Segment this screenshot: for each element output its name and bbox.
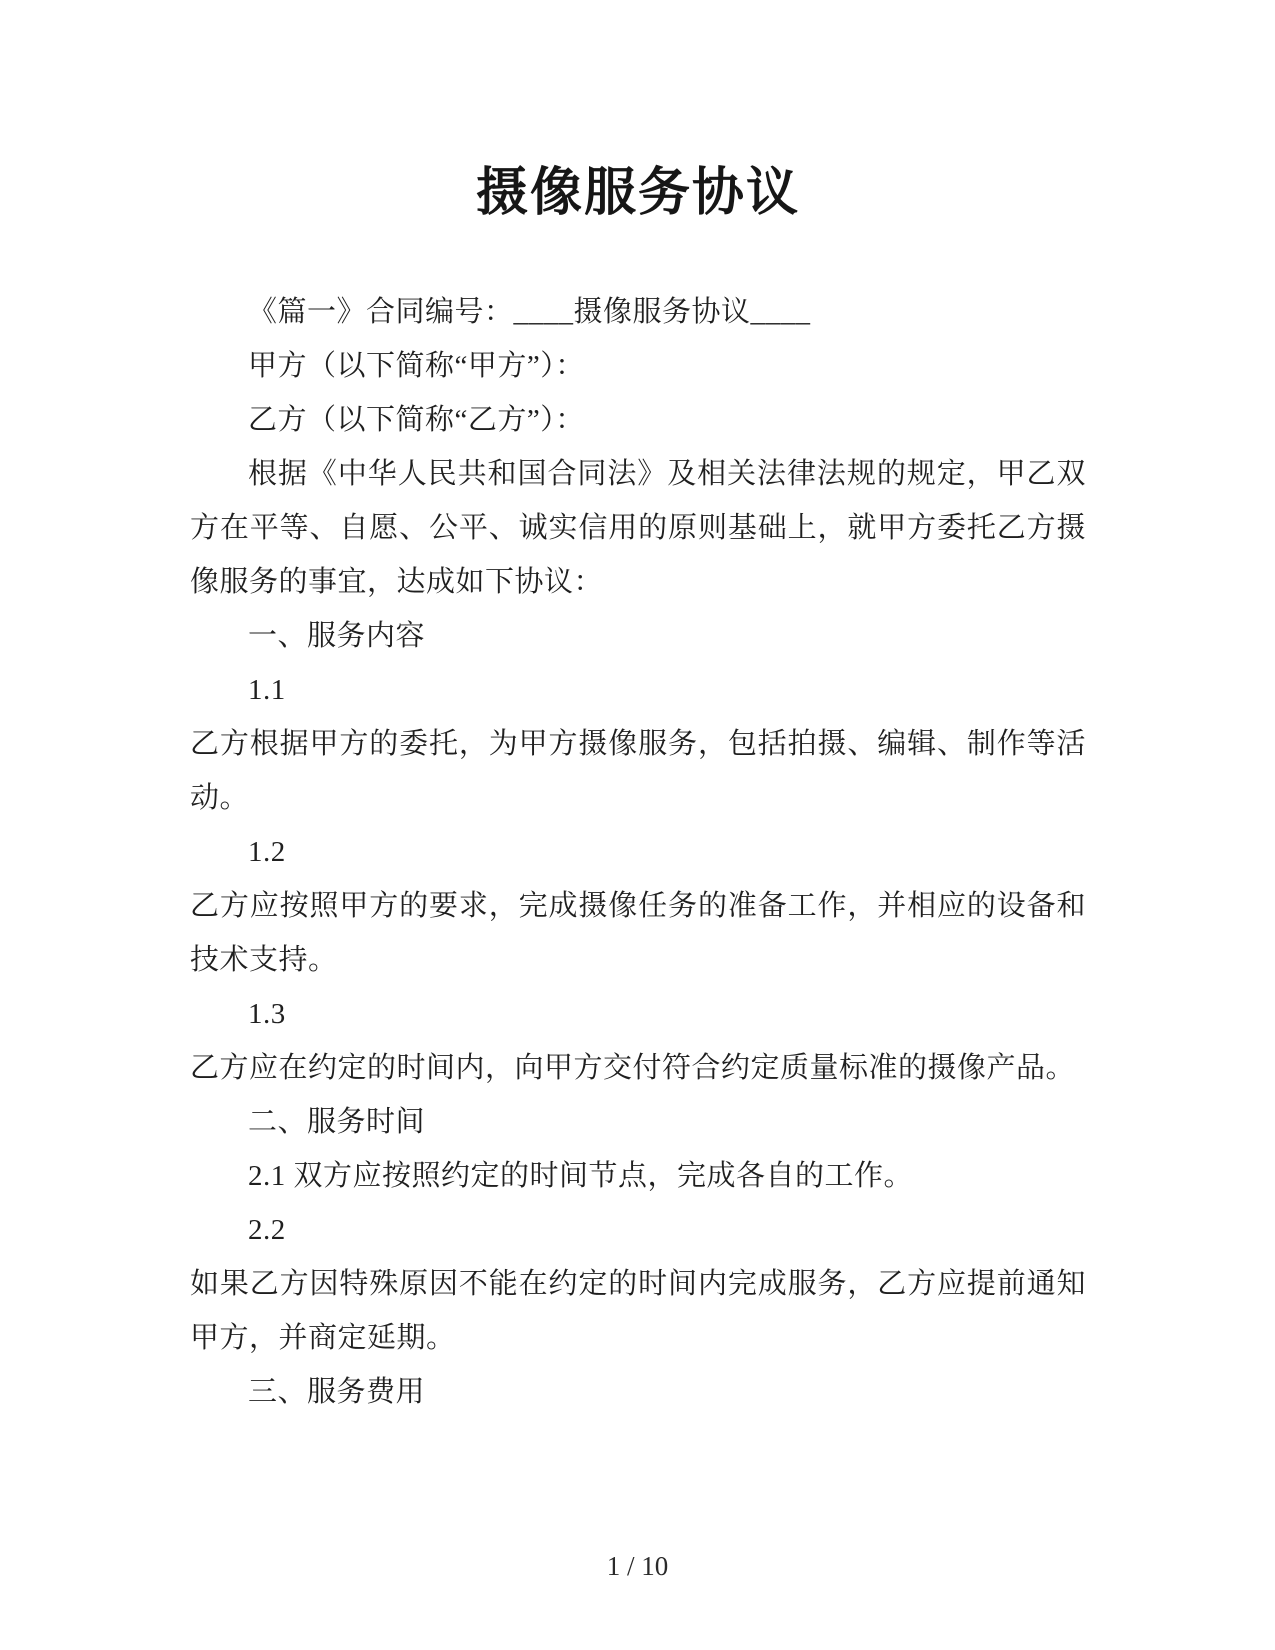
paragraph-contract-number: 《篇一》合同编号：____摄像服务协议____ xyxy=(190,285,1086,339)
clause-text-1-3: 乙方应在约定的时间内，向甲方交付符合约定质量标准的摄像产品。 xyxy=(190,1041,1086,1095)
paragraph-preamble: 根据《中华人民共和国合同法》及相关法律法规的规定，甲乙双方在平等、自愿、公平、诚… xyxy=(190,447,1086,609)
clause-number-1-2: 1.2 xyxy=(190,825,1086,879)
section-heading-1: 一、服务内容 xyxy=(190,609,1086,663)
paragraph-party-b: 乙方（以下简称“乙方”）： xyxy=(190,393,1086,447)
section-heading-3: 三、服务费用 xyxy=(190,1365,1086,1419)
clause-2-1: 2.1 双方应按照约定的时间节点，完成各自的工作。 xyxy=(190,1149,1086,1203)
clause-text-1-2: 乙方应按照甲方的要求，完成摄像任务的准备工作，并相应的设备和技术支持。 xyxy=(190,879,1086,987)
clause-number-1-3: 1.3 xyxy=(190,987,1086,1041)
clause-number-1-1: 1.1 xyxy=(190,663,1086,717)
clause-text-2-2: 如果乙方因特殊原因不能在约定的时间内完成服务，乙方应提前通知甲方，并商定延期。 xyxy=(190,1257,1086,1365)
paragraph-party-a: 甲方（以下简称“甲方”）： xyxy=(190,339,1086,393)
contract-document-page: 摄像服务协议 《篇一》合同编号：____摄像服务协议____ 甲方（以下简称“甲… xyxy=(0,0,1275,1650)
document-content: 摄像服务协议 《篇一》合同编号：____摄像服务协议____ 甲方（以下简称“甲… xyxy=(190,163,1086,1419)
document-body: 《篇一》合同编号：____摄像服务协议____ 甲方（以下简称“甲方”）： 乙方… xyxy=(190,285,1086,1419)
clause-number-2-2: 2.2 xyxy=(190,1203,1086,1257)
clause-text-1-1: 乙方根据甲方的委托，为甲方摄像服务，包括拍摄、编辑、制作等活动。 xyxy=(190,717,1086,825)
document-title: 摄像服务协议 xyxy=(190,163,1086,225)
page-number: 1 / 10 xyxy=(0,1549,1275,1583)
section-heading-2: 二、服务时间 xyxy=(190,1095,1086,1149)
